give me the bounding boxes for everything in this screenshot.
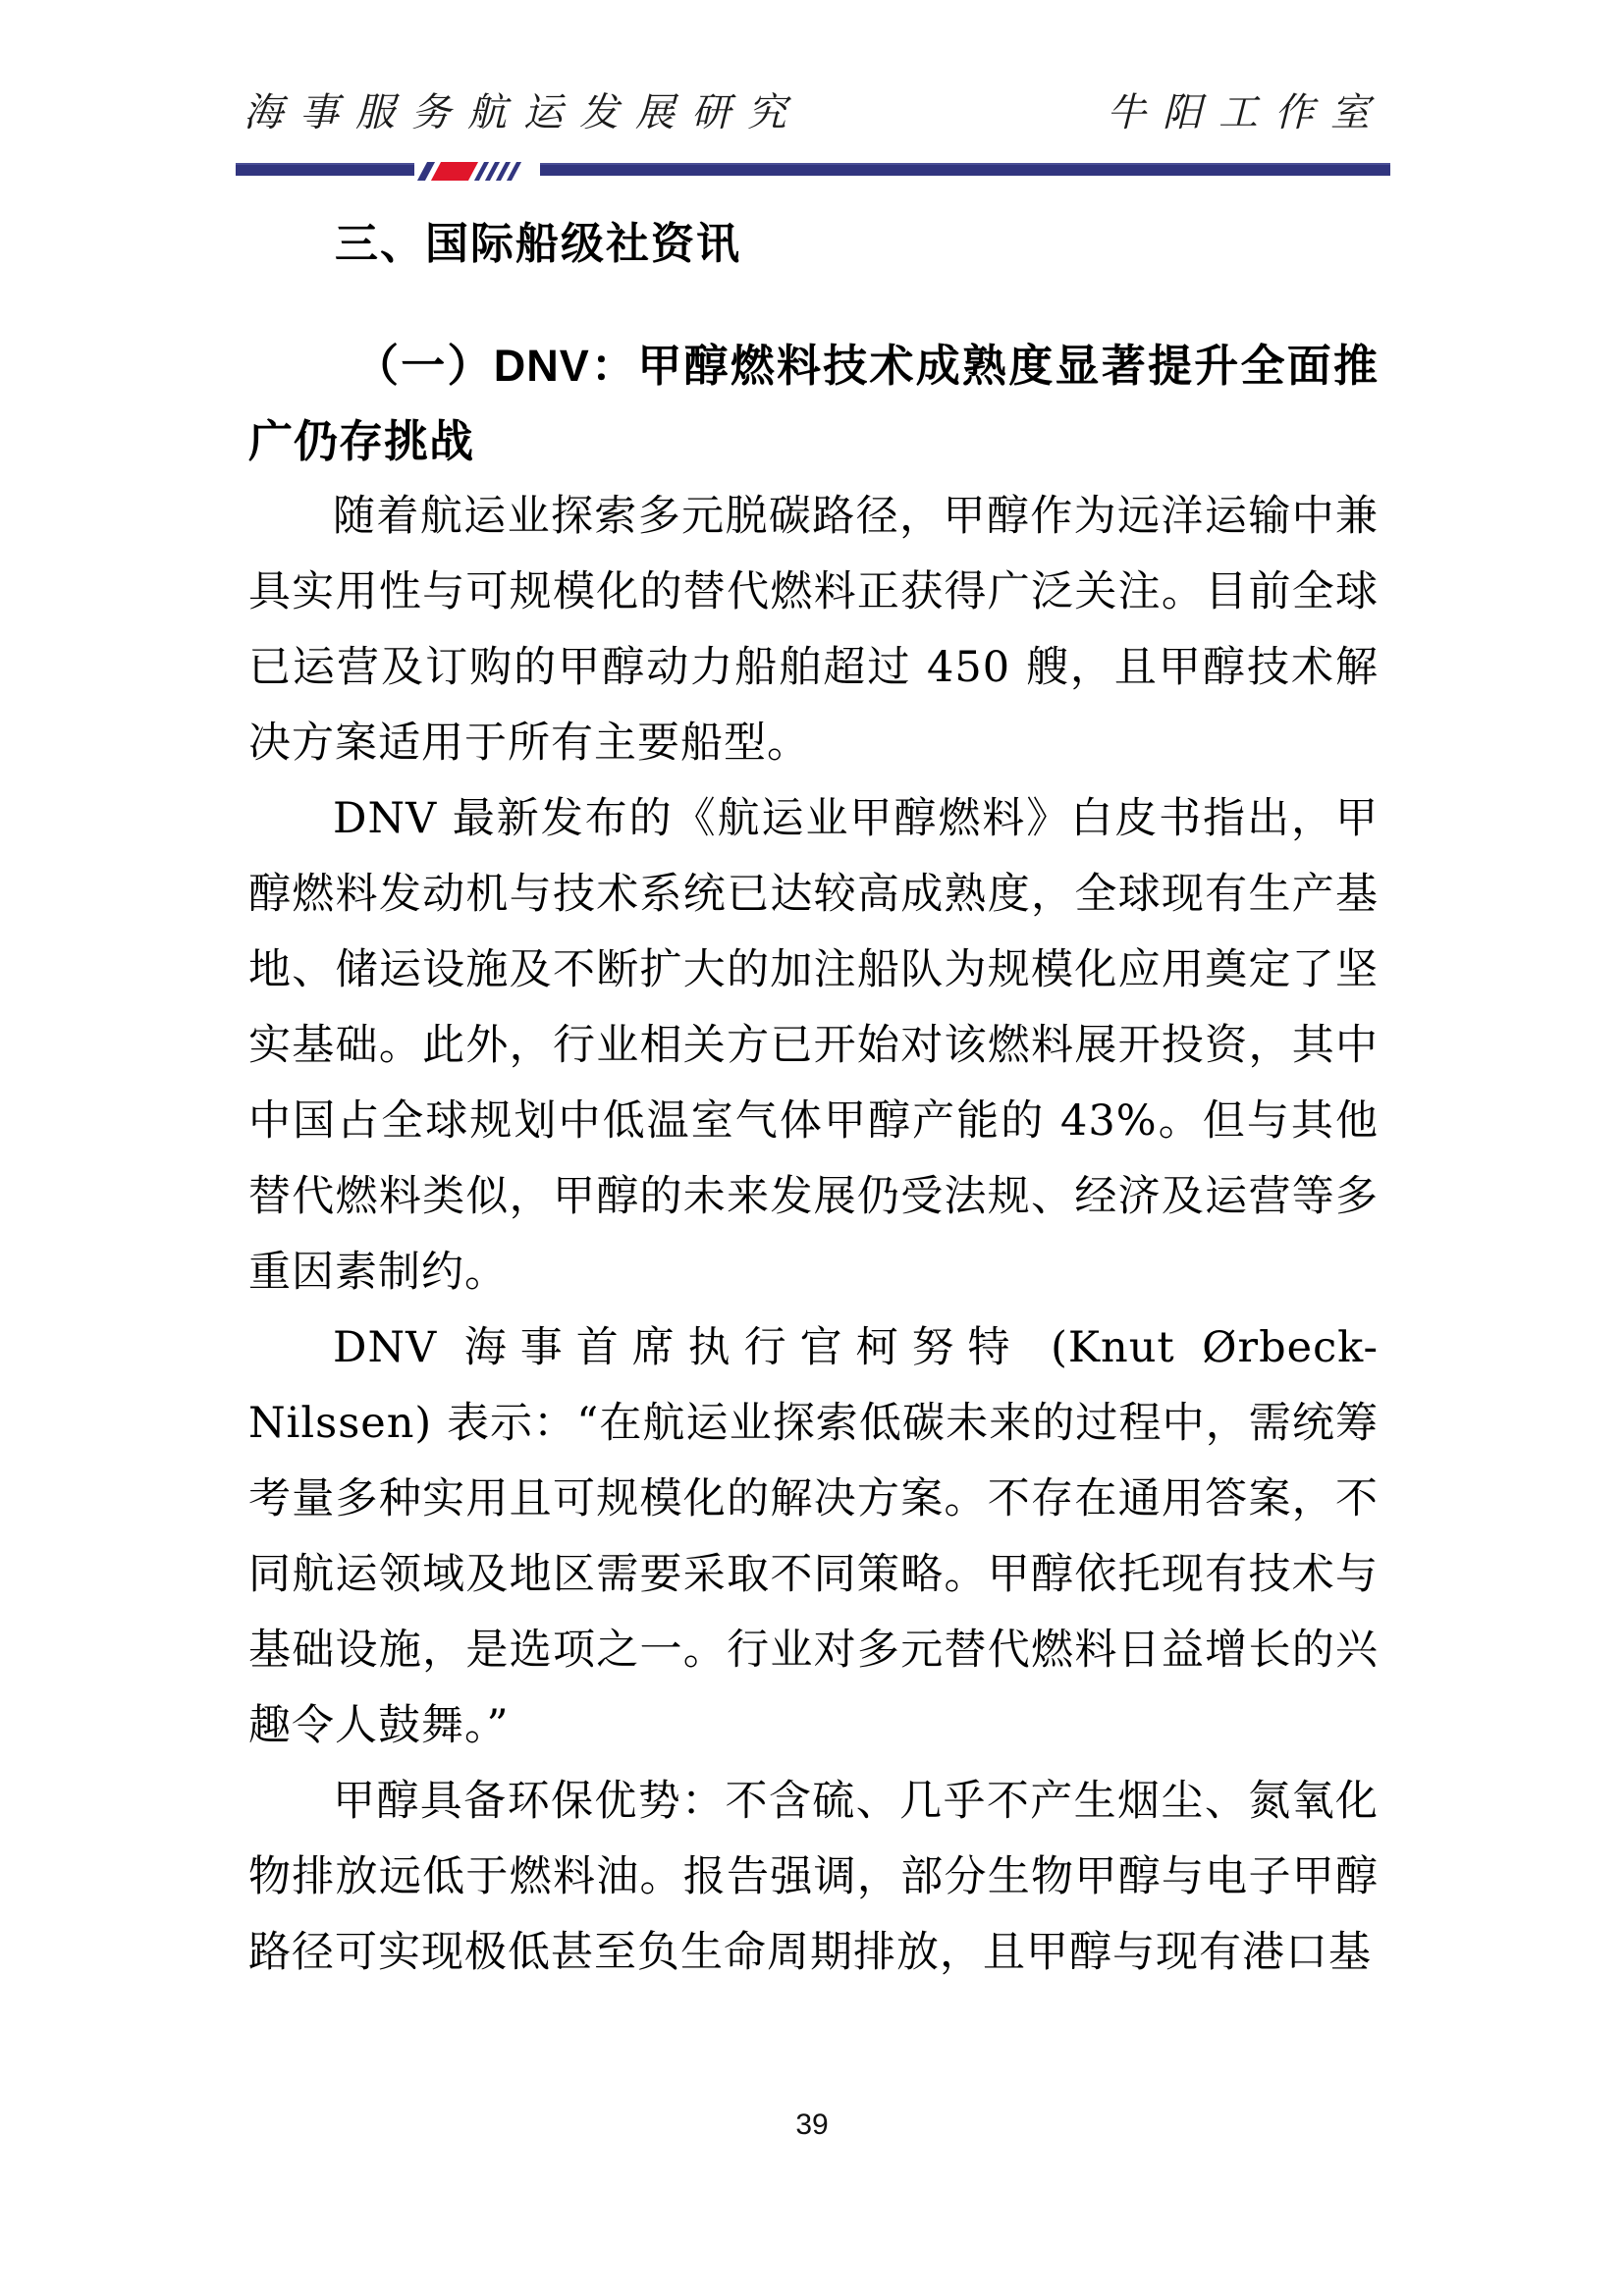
document-page: 海事服务航运发展研究 牛阳工作室 三、国际船级社资讯 （一）DNV：甲醇燃料技术… [0, 0, 1624, 2296]
document-body: 三、国际船级社资讯 （一）DNV：甲醇燃料技术成熟度显著提升全面推广仍存挑战 随… [248, 201, 1379, 1991]
header-divider-rule [236, 163, 1390, 176]
header-right-title: 牛阳工作室 [1107, 81, 1386, 137]
page-header: 海事服务航运发展研究 牛阳工作室 [236, 0, 1390, 176]
section-title: 三、国际船级社资讯 [248, 219, 1379, 271]
subsection-title: （一）DNV：甲醇燃料技术成熟度显著提升全面推广仍存挑战 [248, 328, 1379, 479]
header-title-row: 海事服务航运发展研究 牛阳工作室 [236, 0, 1390, 137]
divider-red-chip [431, 162, 478, 181]
header-left-title: 海事服务航运发展研究 [244, 81, 803, 137]
paragraph-3: DNV 海事首席执行官柯努特 (Knut Ørbeck-Nilssen) 表示：… [248, 1310, 1379, 1764]
paragraph-2: DNV 最新发布的《航运业甲醇燃料》白皮书指出，甲醇燃料发动机与技术系统已达较高… [248, 781, 1379, 1310]
page-footer: 39 [0, 2109, 1624, 2142]
paragraph-block: 随着航运业探索多元脱碳路径，甲醇作为远洋运输中兼具实用性与可规模化的替代燃料正获… [248, 479, 1379, 1991]
paragraph-1: 随着航运业探索多元脱碳路径，甲醇作为远洋运输中兼具实用性与可规模化的替代燃料正获… [248, 479, 1379, 781]
page-number: 39 [795, 2109, 828, 2141]
paragraph-4: 甲醇具备环保优势：不含硫、几乎不产生烟尘、氮氧化物排放远低于燃料油。报告强调，部… [248, 1764, 1379, 1991]
divider-decoration [414, 162, 540, 181]
